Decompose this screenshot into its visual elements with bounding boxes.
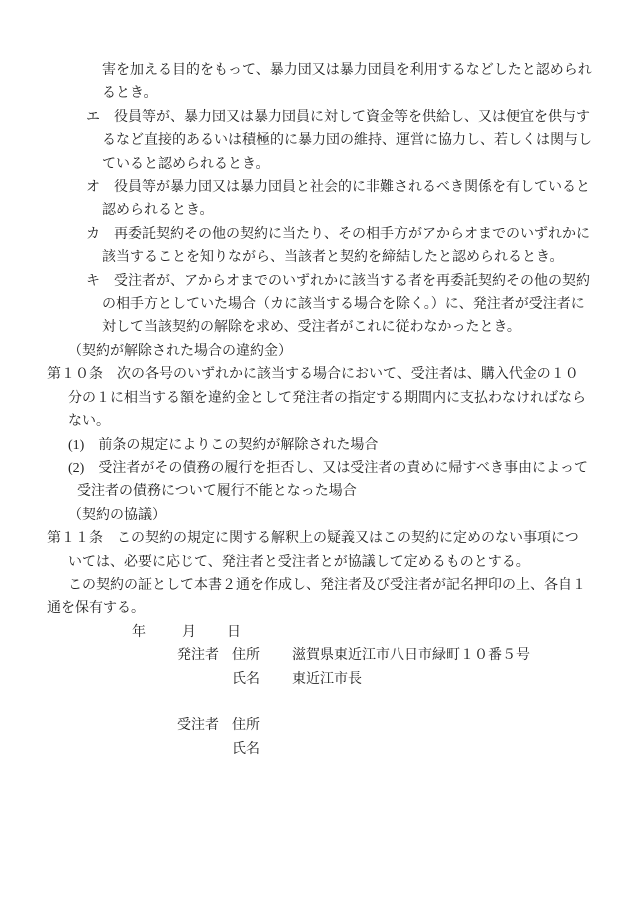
doc-line: るなど直接的あるいは積極的に暴力団の維持、運営に協力し、若しくは関与し xyxy=(47,129,590,152)
contractor-party-spacer xyxy=(177,738,232,761)
contractor-address-value xyxy=(292,714,590,737)
item-ka-line: カ 再委託契約その他の契約に当たり、その相手方がアからオまでのいずれかに xyxy=(47,223,590,246)
numbered-item-1-line: (1) 前条の規定によりこの契約が解除された場合 xyxy=(47,434,590,457)
orderer-name-value: 東近江市長 xyxy=(292,668,590,691)
month-label: 月 xyxy=(182,625,196,640)
doc-line: の相手方としていた場合（カに該当する場合を除く。）に、発注者が受注者に xyxy=(47,293,590,316)
doc-line: 認められるとき。 xyxy=(47,199,590,222)
orderer-party-label: 発注者 xyxy=(177,644,232,667)
doc-line: るとき。 xyxy=(47,82,590,105)
contractor-address-label: 住所 xyxy=(232,714,292,737)
contractor-name-row: 氏名 xyxy=(47,738,590,761)
doc-line: ない。 xyxy=(47,410,590,433)
item-o-line: オ 役員等が暴力団又は暴力団員と社会的に非難されるべき関係を有していると xyxy=(47,176,590,199)
article-10-line: 第１０条 次の各号のいずれかに該当する場合において、受注者は、購入代金の１０ xyxy=(47,363,590,386)
numbered-item-2-line: (2) 受注者がその債務の履行を拒否し、又は受注者の責めに帰すべき事由によって xyxy=(47,457,590,480)
article-11-line: 第１１条 この契約の規定に関する解釈上の疑義又はこの契約に定めのない事項につ xyxy=(47,527,590,550)
orderer-address-value: 滋賀県東近江市八日市緑町１０番５号 xyxy=(292,644,590,667)
date-line: 年月日 xyxy=(47,621,590,644)
doc-line: 分の１に相当する額を違約金として発注者の指定する期間内に支払わなければなら xyxy=(47,387,590,410)
item-e-line: エ 役員等が、暴力団又は暴力団員に対して資金等を供給し、又は便宜を供与す xyxy=(47,106,590,129)
heading-penalty-clause: （契約が解除された場合の違約金） xyxy=(47,340,590,363)
orderer-address-row: 発注者 住所 滋賀県東近江市八日市緑町１０番５号 xyxy=(47,644,590,667)
contractor-name-label: 氏名 xyxy=(232,738,292,761)
heading-consultation-clause: （契約の協議） xyxy=(47,504,590,527)
contractor-address-row: 受注者 住所 xyxy=(47,714,590,737)
year-label: 年 xyxy=(132,625,146,640)
contractor-name-value xyxy=(292,738,590,761)
doc-line: 通を保有する。 xyxy=(47,597,590,620)
day-label: 日 xyxy=(227,625,241,640)
document-page: 害を加える目的をもって、暴力団又は暴力団員を利用するなどしたと認められ るとき。… xyxy=(0,0,630,903)
doc-line: ていると認められるとき。 xyxy=(47,153,590,176)
doc-line: いては、必要に応じて、発注者と受注者とが協議して定めるものとする。 xyxy=(47,551,590,574)
orderer-party-spacer xyxy=(177,668,232,691)
item-ki-line: キ 受注者が、アからオまでのいずれかに該当する者を再委託契約その他の契約 xyxy=(47,270,590,293)
doc-line: 該当することを知りながら、当該者と契約を締結したと認められるとき。 xyxy=(47,246,590,269)
orderer-name-label: 氏名 xyxy=(232,668,292,691)
doc-line: 害を加える目的をもって、暴力団又は暴力団員を利用するなどしたと認められ xyxy=(47,59,590,82)
contractor-party-label: 受注者 xyxy=(177,714,232,737)
doc-line: 受注者の債務について履行不能となった場合 xyxy=(47,480,590,503)
orderer-name-row: 氏名 東近江市長 xyxy=(47,668,590,691)
doc-line: この契約の証として本書２通を作成し、発注者及び受注者が記名押印の上、各自１ xyxy=(47,574,590,597)
doc-line: 対して当該契約の解除を求め、受注者がこれに従わなかったとき。 xyxy=(47,316,590,339)
orderer-address-label: 住所 xyxy=(232,644,292,667)
